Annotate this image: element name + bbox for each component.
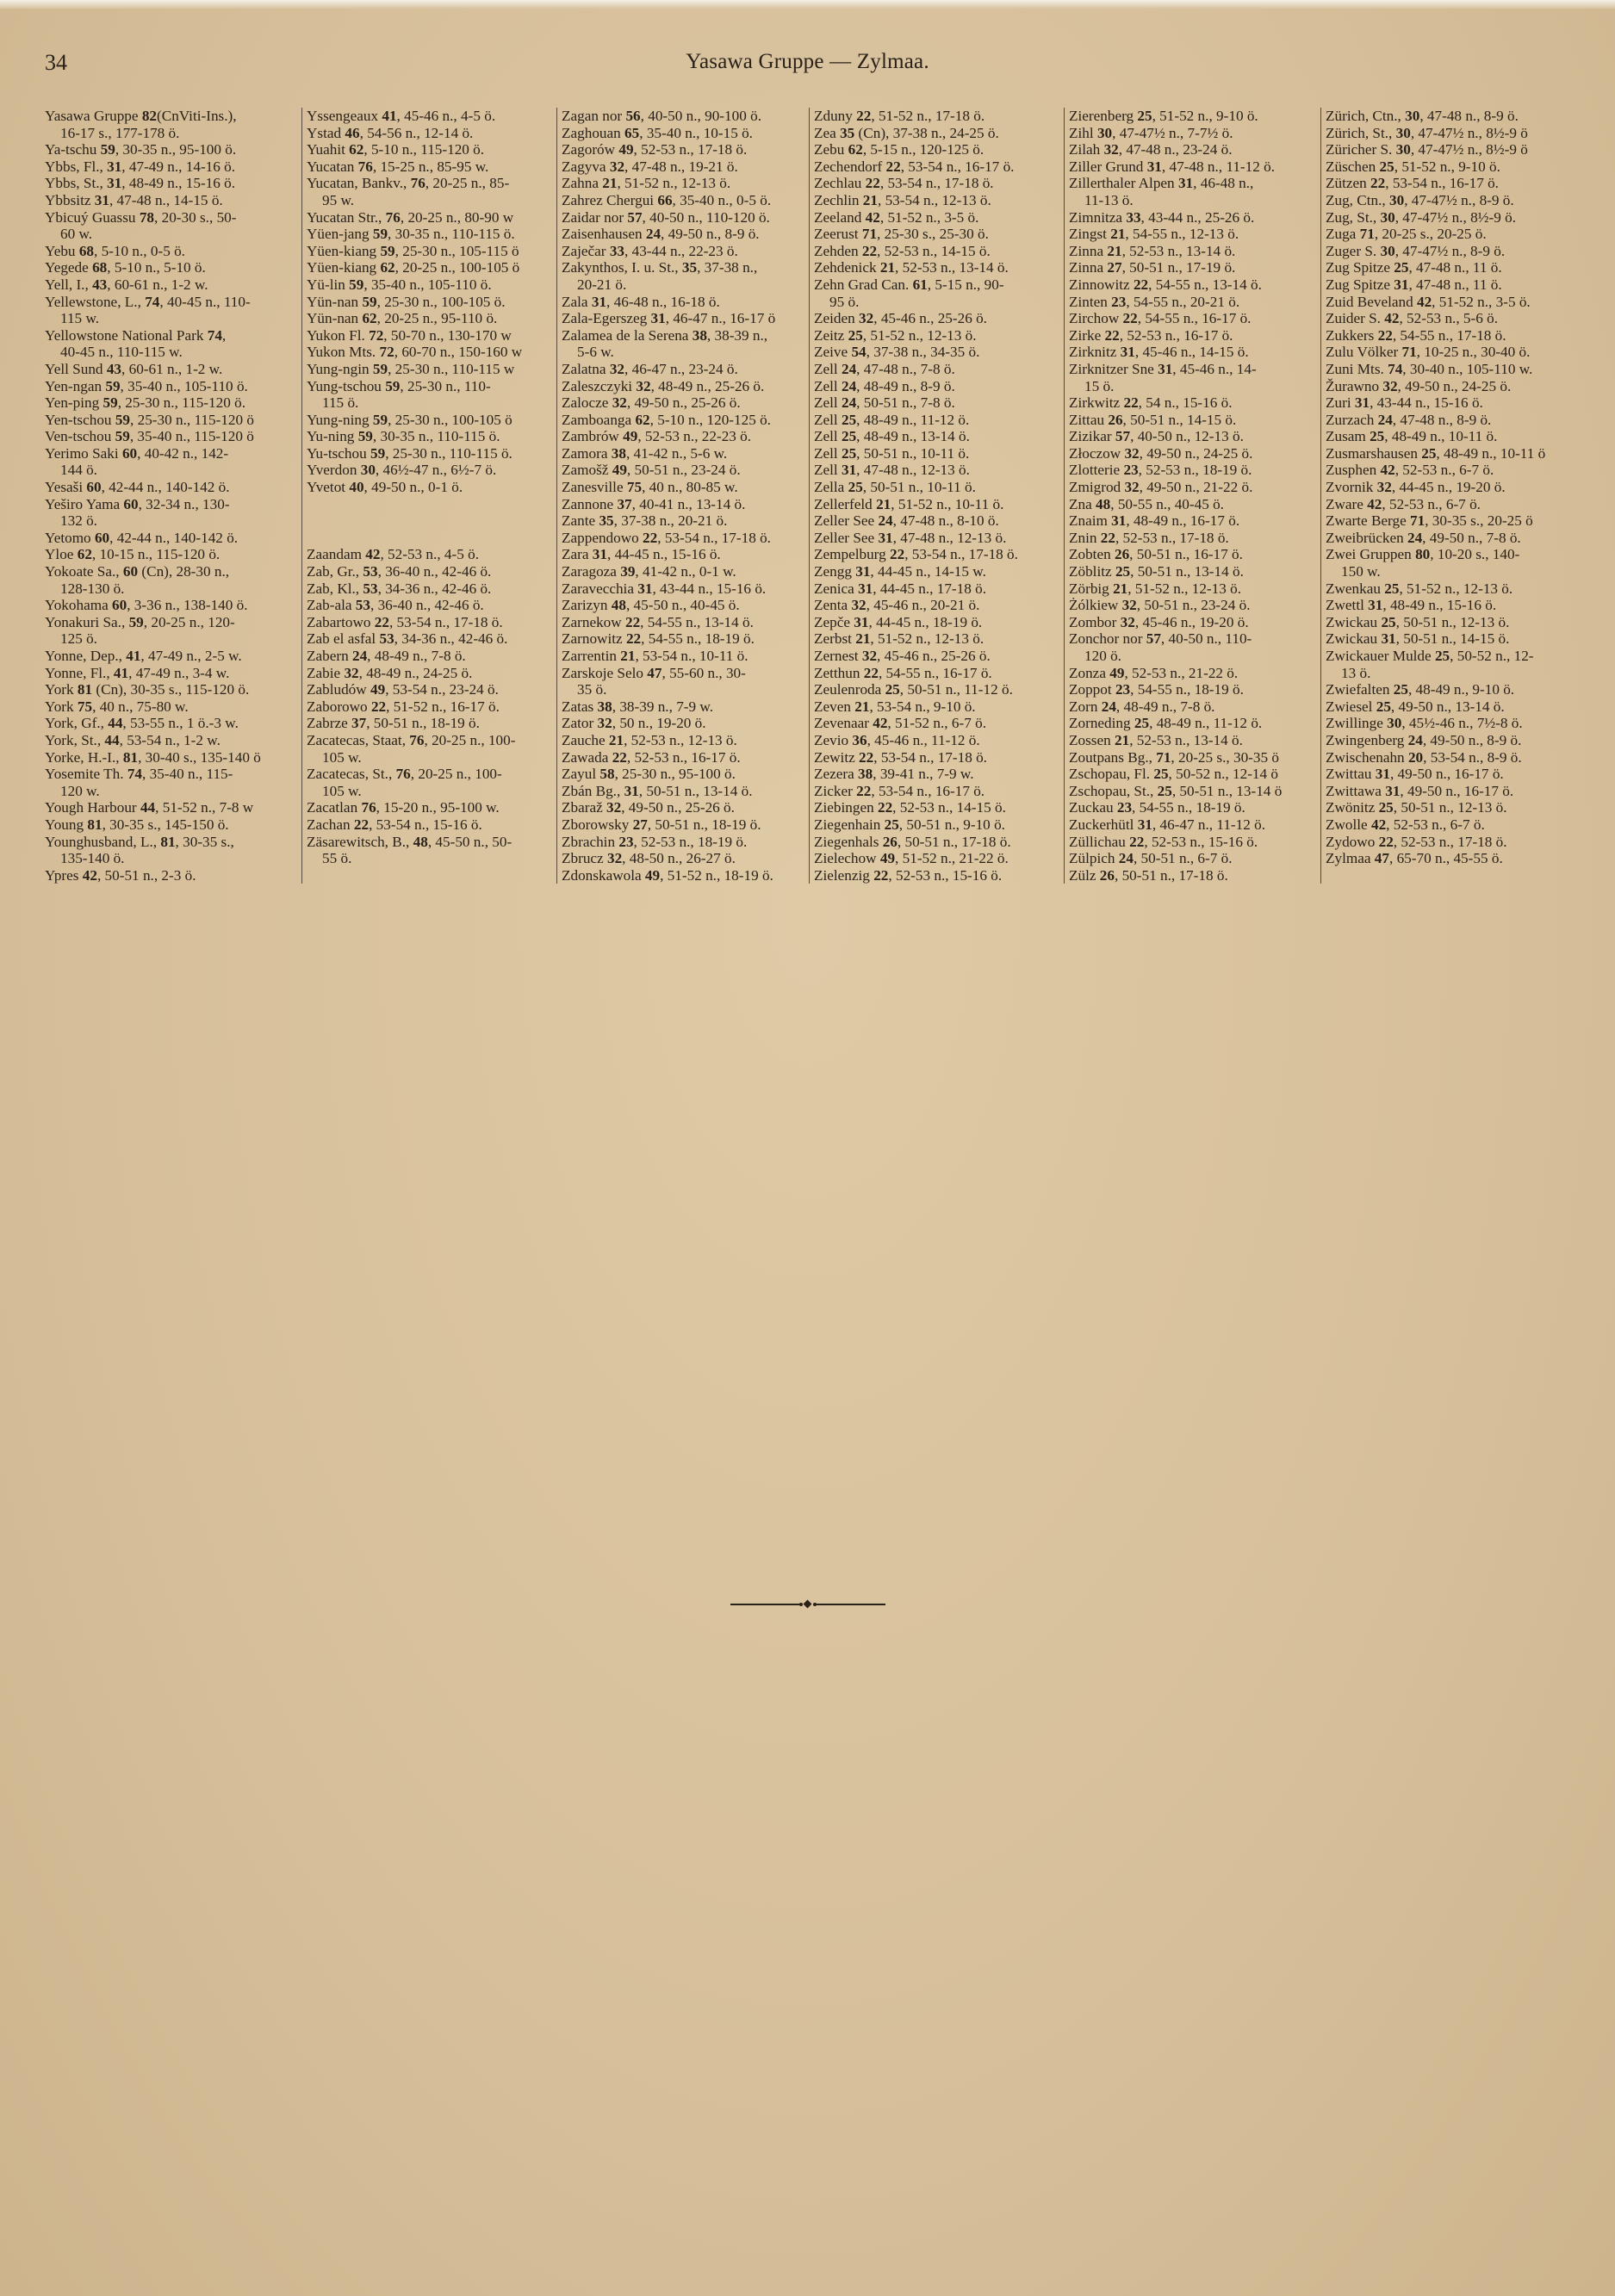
index-entry: Zillerthaler Alpen 31, 46-48 n.,11-13 ö. — [1069, 175, 1317, 208]
place-name: Zombor — [1069, 614, 1121, 630]
map-number: 30 — [1396, 125, 1411, 141]
coordinates: , 52-53 n., 15-16 ö. — [888, 867, 1002, 884]
coordinates: , 37-38 n., 34-35 ö. — [867, 344, 980, 360]
place-name: Zicker — [814, 783, 856, 799]
index-entry: Zambrów 49, 52-53 n., 22-23 ö. — [562, 428, 805, 445]
index-entry: Zoutpans Bg., 71, 20-25 s., 30-35 ö — [1069, 749, 1317, 766]
place-name: Yucatan, Bankv., — [307, 175, 411, 191]
index-entry: Yvetot 40, 49-50 n., 0-1 ö. — [307, 479, 553, 496]
coordinates: , 40 n., 80-85 w. — [642, 479, 738, 495]
map-number: 25 — [848, 327, 863, 344]
coordinates: , 51-52 n., 3-5 ö. — [880, 209, 979, 226]
map-number: 75 — [627, 479, 642, 495]
index-entry: Zvornik 32, 44-45 n., 19-20 ö. — [1326, 479, 1575, 496]
index-entry: Zukkers 22, 54-55 n., 17-18 ö. — [1326, 327, 1575, 344]
place-name: Zamboanga — [562, 412, 635, 428]
map-number: 40 — [349, 479, 363, 495]
index-entry: Zylmaa 47, 65-70 n., 45-55 ö. — [1326, 850, 1575, 867]
map-number: 75 — [78, 698, 92, 715]
index-entry: Ybbsitz 31, 47-48 n., 14-15 ö. — [45, 192, 298, 209]
coordinates: , 25-30 n., 110-115 ö. — [385, 445, 512, 462]
map-number: 30 — [1381, 243, 1395, 259]
index-entry: Zduny 22, 51-52 n., 17-18 ö. — [814, 108, 1060, 125]
coordinates: , 45½-46 n., 7½-8 ö. — [1401, 715, 1522, 731]
map-number: 25 — [1379, 799, 1394, 816]
coordinates-continuation: 135-140 ö. — [45, 850, 298, 867]
index-entry: Zezera 38, 39-41 n., 7-9 w. — [814, 766, 1060, 783]
map-number: 47 — [1375, 850, 1389, 866]
map-number: 25 — [1134, 715, 1149, 731]
coordinates: , 47-48 n., 8-9 ö. — [1419, 108, 1519, 124]
coordinates: , 50-51 n., 10-11 ö. — [856, 445, 969, 462]
index-entry: Zimnitza 33, 43-44 n., 25-26 ö. — [1069, 209, 1317, 226]
coordinates: , 5-15 n., 120-125 ö. — [863, 141, 984, 158]
coordinates: , 42-44 n., 140-142 ö. — [109, 530, 238, 546]
coordinates-continuation: 105 w. — [307, 783, 553, 800]
place-name: Zell — [814, 412, 842, 428]
map-number: 23 — [1115, 681, 1130, 698]
index-entry: Zbrucz 32, 48-50 n., 26-27 ö. — [562, 850, 805, 867]
map-number: 49 — [623, 428, 637, 444]
coordinates: , — [222, 327, 226, 344]
index-entry: Yu-ning 59, 30-35 n., 110-115 ö. — [307, 428, 553, 445]
place-name: Zaisenhausen — [562, 226, 646, 242]
coordinates: , 54-55 n., 12-13 ö. — [1125, 226, 1239, 242]
place-name: Znaim — [1069, 512, 1111, 529]
index-entry: Zirknitzer Sne 31, 45-46 n., 14-15 ö. — [1069, 361, 1317, 394]
index-entry: Zechlau 22, 53-54 n., 17-18 ö. — [814, 175, 1060, 192]
coordinates: (Cn), 30-35 s., 115-120 ö. — [92, 681, 249, 698]
map-number: 59 — [358, 428, 373, 444]
coordinates-continuation: 20-21 ö. — [562, 276, 805, 294]
coordinates: , 52-53 n., 13-14 ö. — [895, 259, 1009, 276]
coordinates: , 30-35 s., 20-25 ö — [1425, 512, 1533, 529]
index-entry: Złoczow 32, 49-50 n., 24-25 ö. — [1069, 445, 1317, 462]
place-name: Zielenzig — [814, 867, 873, 884]
index-entry: Zuger S. 30, 47-47½ n., 8-9 ö. — [1326, 243, 1575, 260]
coordinates: , 50-51 n., 10-11 ö. — [863, 479, 976, 495]
map-number: 22 — [1123, 310, 1138, 326]
map-number: 22 — [625, 614, 640, 630]
place-name: Zschopau, St., — [1069, 783, 1158, 799]
place-name: Yesaši — [45, 479, 86, 495]
index-entry: Zacatecas, St., 76, 20-25 n., 100-105 w. — [307, 766, 553, 799]
place-name: Zbán Bg., — [562, 783, 624, 799]
map-number: 49 — [1109, 665, 1124, 681]
coordinates: , 47-49 n., 2-5 w. — [140, 648, 241, 664]
map-number: 49 — [612, 462, 627, 478]
map-number: 81 — [87, 816, 102, 833]
coordinates: , 53-54 n., 8-9 ö. — [1423, 749, 1522, 766]
index-entry: Younghusband, L., 81, 30-35 s.,135-140 ö… — [45, 834, 298, 867]
map-number: 31 — [95, 192, 109, 208]
index-entry: Zachan 22, 53-54 n., 15-16 ö. — [307, 816, 553, 834]
index-entry: Zewitz 22, 53-54 n., 17-18 ö. — [814, 749, 1060, 766]
map-number: 60 — [95, 530, 109, 546]
index-entry: Zirkwitz 22, 54 n., 15-16 ö. — [1069, 394, 1317, 412]
place-name: Zduny — [814, 108, 856, 124]
place-name: Zorneding — [1069, 715, 1134, 731]
place-name: Yung-tschou — [307, 378, 385, 394]
map-number: 22 — [886, 158, 901, 175]
coordinates: , 50-51 n., 13-14 ö — [1172, 783, 1282, 799]
coordinates: , 52-53 n., 17-18 ö. — [634, 141, 748, 158]
map-number: 32 — [636, 378, 650, 394]
map-number: 31 — [1147, 158, 1162, 175]
index-entry: Zwenkau 25, 51-52 n., 12-13 ö. — [1326, 580, 1575, 598]
place-name: Zwittawa — [1326, 783, 1385, 799]
place-name: Zuid Beveland — [1326, 294, 1417, 310]
place-name: Zambrów — [562, 428, 623, 444]
map-number: 31 — [854, 614, 868, 630]
place-name: Zeven — [814, 698, 854, 715]
coordinates: , 51-52 n., 12-13 ö. — [870, 630, 984, 647]
place-name: Zeulenroda — [814, 681, 885, 698]
map-number: 62 — [848, 141, 863, 158]
place-name: Zinna — [1069, 259, 1107, 276]
place-name: Zacatlan — [307, 799, 361, 816]
map-number: 21 — [854, 698, 869, 715]
place-name: Ybbs, St., — [45, 175, 107, 191]
index-entry: Zengg 31, 44-45 n., 14-15 w. — [814, 563, 1060, 580]
index-entry: Zenica 31, 44-45 n., 17-18 ö. — [814, 580, 1060, 598]
place-name: Yen-ngan — [45, 378, 105, 394]
map-number: 32 — [862, 648, 877, 664]
place-name: Żólkiew — [1069, 597, 1122, 613]
map-number: 41 — [126, 648, 140, 664]
place-name: Yukon Fl. — [307, 327, 369, 344]
coordinates: , 43-44 n., 25-26 ö. — [1141, 209, 1255, 226]
place-name: Yokoate Sa., — [45, 563, 123, 580]
map-number: 74 — [1388, 361, 1402, 377]
map-number: 22 — [375, 614, 389, 630]
map-number: 35 — [840, 125, 854, 141]
index-entry: Zagorów 49, 52-53 n., 17-18 ö. — [562, 141, 805, 158]
coordinates: , 5-10 n., 5-10 ö. — [107, 259, 206, 276]
coordinates: , 47-49 n., 14-16 ö. — [121, 158, 235, 175]
place-name: Zengg — [814, 563, 855, 580]
index-entry: Ziegenhals 26, 50-51 n., 17-18 ö. — [814, 834, 1060, 851]
index-entry: Yüen-kiang 62, 20-25 n., 100-105 ö — [307, 259, 553, 276]
place-name: Zewitz — [814, 749, 859, 766]
place-name: Zeerust — [814, 226, 862, 242]
map-number: 31 — [1394, 276, 1408, 293]
coordinates: , 49-50 n., 16-17 ö. — [1400, 783, 1513, 799]
coordinates: , 35-40 n., 0-5 ö. — [673, 192, 772, 208]
map-number: 59 — [103, 394, 118, 411]
place-name: Zug, St., — [1326, 209, 1381, 226]
place-name: Zwingenberg — [1326, 732, 1408, 748]
index-entry: Zacatlan 76, 15-20 n., 95-100 w. — [307, 799, 553, 816]
coordinates: , 54 n., 15-16 ö. — [1139, 394, 1233, 411]
map-number: 56 — [625, 108, 640, 124]
map-number: 21 — [855, 630, 870, 647]
coordinates-continuation: 115 w. — [45, 310, 298, 327]
map-number: 26 — [1115, 546, 1129, 562]
map-number: 32 — [610, 361, 624, 377]
coordinates-continuation: 60 w. — [45, 226, 298, 243]
coordinates: , 50-51 n., 12-13 ö. — [1394, 799, 1507, 816]
coordinates: , 25-30 n., 100-105 ö. — [377, 294, 506, 310]
map-number: 37 — [617, 496, 631, 512]
map-number: 26 — [1108, 412, 1122, 428]
place-name: Zingst — [1069, 226, 1110, 242]
coordinates: , 48-49 n., 25-26 ö. — [651, 378, 765, 394]
place-name: Zäsarewitsch, B., — [307, 834, 413, 850]
coordinates: , 20-25 n., 85- — [425, 175, 509, 191]
map-number: 31 — [878, 530, 892, 546]
place-name: Zillerthaler Alpen — [1069, 175, 1178, 191]
coordinates-continuation: 115 ö. — [307, 394, 553, 412]
coordinates: (Cn), 28-30 n., — [138, 563, 229, 580]
place-name: Zempelburg — [814, 546, 890, 562]
place-name: Ybicuý Guassu — [45, 209, 140, 226]
map-number: 22 — [856, 783, 871, 799]
map-number: 59 — [370, 445, 385, 462]
coordinates: , 54-55 n., 18-19 ö. — [1132, 799, 1245, 816]
coordinates: , 45-46 n., 20-21 ö. — [867, 597, 980, 613]
map-number: 22 — [1134, 276, 1148, 293]
place-name: Zala-Egerszeg — [562, 310, 651, 326]
place-name: Zell — [814, 428, 842, 444]
coordinates: , 53-54 n., 17-18 ö. — [880, 175, 994, 191]
index-entry: Zanesville 75, 40 n., 80-85 w. — [562, 479, 805, 496]
coordinates: , 15-25 n., 85-95 w. — [373, 158, 488, 175]
place-name: Zeeland — [814, 209, 866, 226]
index-entry: Zschopau, St., 25, 50-51 n., 13-14 ö — [1069, 783, 1317, 800]
place-name: Zobten — [1069, 546, 1115, 562]
coordinates: , 48-49 n., 11-12 ö. — [856, 412, 969, 428]
place-name: Zinten — [1069, 294, 1111, 310]
coordinates: , 25-30 n., 115-120 ö. — [118, 394, 245, 411]
map-number: 31 — [1368, 597, 1382, 613]
place-name: Zehdenick — [814, 259, 880, 276]
column-spacer — [307, 512, 553, 530]
index-entry: Ybbs, Fl., 31, 47-49 n., 14-16 ö. — [45, 158, 298, 176]
map-number: 32 — [1377, 479, 1392, 495]
map-number: 32 — [1122, 597, 1137, 613]
coordinates: , 53-54 n., 17-18 ö. — [904, 546, 1018, 562]
place-name: Zell — [814, 445, 842, 462]
place-name: Zezera — [814, 766, 858, 782]
place-name: Ven-tschou — [45, 428, 115, 444]
place-name: Yung-ngin — [307, 361, 373, 377]
index-entry: Zell 25, 48-49 n., 11-12 ö. — [814, 412, 1060, 429]
place-name: Zell — [814, 394, 842, 411]
index-entry: Zuckau 23, 54-55 n., 18-19 ö. — [1069, 799, 1317, 816]
index-entry: Zirchow 22, 54-55 n., 16-17 ö. — [1069, 310, 1317, 327]
index-entry: Zell 24, 47-48 n., 7-8 ö. — [814, 361, 1060, 378]
map-number: 48 — [1096, 496, 1110, 512]
index-entry: Zeiden 32, 45-46 n., 25-26 ö. — [814, 310, 1060, 327]
index-entry: Yetomo 60, 42-44 n., 140-142 ö. — [45, 530, 298, 547]
coordinates: , 25-30 n., 95-100 ö. — [615, 766, 736, 782]
coordinates: , 50-51 n., 14-15 ö. — [1396, 630, 1510, 647]
place-name: Zborowsky — [562, 816, 633, 833]
coordinates: , 43-44 n., 15-16 ö. — [652, 580, 766, 597]
index-entry: Young 81, 30-35 s., 145-150 ö. — [45, 816, 298, 834]
map-number: 21 — [880, 259, 895, 276]
coordinates: , 52-53 n., 13-14 ö. — [1122, 243, 1236, 259]
map-number: 23 — [1111, 294, 1126, 310]
map-number: 42 — [1367, 496, 1382, 512]
place-name: Zannone — [562, 496, 617, 512]
map-number: 57 — [1146, 630, 1161, 647]
index-entry: Zborowsky 27, 50-51 n., 18-19 ö. — [562, 816, 805, 834]
index-entry: Zwittau 31, 49-50 n., 16-17 ö. — [1326, 766, 1575, 783]
coordinates: , 35-40 n., 105-110 ö. — [121, 378, 248, 394]
coordinates: , 51-52 n., 10-11 ö. — [891, 496, 1003, 512]
place-name: Zellerfeld — [814, 496, 876, 512]
index-entry: Zdonskawola 49, 51-52 n., 18-19 ö. — [562, 867, 805, 884]
index-entry: Zab, Gr., 53, 36-40 n., 42-46 ö. — [307, 563, 553, 580]
index-entry: Zna 48, 50-55 n., 40-45 ö. — [1069, 496, 1317, 513]
coordinates: , 45-46 n., 4-5 ö. — [397, 108, 496, 124]
index-entry: Zorneding 25, 48-49 n., 11-12 ö. — [1069, 715, 1317, 732]
place-name: Zwiesel — [1326, 698, 1376, 715]
index-entry: Zamboanga 62, 5-10 n., 120-125 ö. — [562, 412, 805, 429]
map-number: 31 — [1355, 394, 1370, 411]
place-name: Zusmarshausen — [1326, 445, 1421, 462]
index-entry: Zydowo 22, 52-53 n., 17-18 ö. — [1326, 834, 1575, 851]
coordinates-continuation: 128-130 ö. — [45, 580, 298, 598]
coordinates: , 49-50 n., 8-9 ö. — [1423, 732, 1522, 748]
place-name: Züricher S. — [1326, 141, 1396, 158]
index-entry: Yloe 62, 10-15 n., 115-120 ö. — [45, 546, 298, 563]
place-name: Zator — [562, 715, 598, 731]
coordinates: , 50-51 n., 2-3 ö. — [97, 867, 196, 884]
place-name: Yssengeaux — [307, 108, 382, 124]
map-number: 33 — [610, 243, 624, 259]
index-entry: Zlotterie 23, 52-53 n., 18-19 ö. — [1069, 462, 1317, 479]
place-name: Zante — [562, 512, 599, 529]
map-number: 31 — [1111, 512, 1126, 529]
index-entry: Ybicuý Guassu 78, 20-30 s., 50-60 w. — [45, 209, 298, 243]
coordinates: , 50-70 n., 130-170 w — [383, 327, 511, 344]
index-entry: Zaravecchia 31, 43-44 n., 15-16 ö. — [562, 580, 805, 598]
place-name: Züschen — [1326, 158, 1380, 175]
index-entry: Zabern 24, 48-49 n., 7-8 ö. — [307, 648, 553, 665]
coordinates: , 20-25 n., 95-110 ö. — [377, 310, 498, 326]
place-name: Yellowstone National Park — [45, 327, 208, 344]
coordinates: , 50-51 n., 7-8 ö. — [856, 394, 955, 411]
index-entry: Zaisenhausen 24, 49-50 n., 8-9 ö. — [562, 226, 805, 243]
map-number: 21 — [863, 192, 878, 208]
coordinates: , 49-50 n., 13-14 ö. — [1391, 698, 1505, 715]
index-entry: Zöblitz 25, 50-51 n., 13-14 ö. — [1069, 563, 1317, 580]
place-name: Yüen-kiang — [307, 259, 380, 276]
place-name: Yukon Mts. — [307, 344, 380, 360]
place-name: Yeširo Yama — [45, 496, 123, 512]
coordinates: , 48-49 n., 15-16 ö. — [1382, 597, 1496, 613]
map-number: 24 — [1407, 530, 1422, 546]
place-name: Zab el asfal — [307, 630, 379, 647]
coordinates: , 52-53 n., 6-7 ö. — [1386, 816, 1485, 833]
map-number: 25 — [842, 412, 856, 428]
map-number: 42 — [365, 546, 380, 562]
place-name: Žurawno — [1326, 378, 1382, 394]
index-entry: Ven-tschou 59, 35-40 n., 115-120 ö — [45, 428, 298, 445]
map-number: 31 — [842, 462, 856, 478]
coordinates: , 46-47 n., 23-24 ö. — [624, 361, 738, 377]
map-number: 38 — [612, 445, 626, 462]
map-number: 24 — [1378, 412, 1393, 428]
coordinates: , 53-54 n., 17-18 ö. — [389, 614, 503, 630]
place-name: Zamošž — [562, 462, 612, 478]
coordinates: , 52-53 n., 22-23 ö. — [637, 428, 751, 444]
coordinates: , 54-55 n., 13-14 ö. — [640, 614, 754, 630]
map-number: 59 — [373, 226, 388, 242]
place-name: Yen-tschou — [45, 412, 115, 428]
map-number: 38 — [693, 327, 707, 344]
index-entry: Zulu Völker 71, 10-25 n., 30-40 ö. — [1326, 344, 1575, 361]
map-number: 43 — [92, 276, 107, 293]
place-name: Zierenberg — [1069, 108, 1137, 124]
index-entry: Zevenaar 42, 51-52 n., 6-7 ö. — [814, 715, 1060, 732]
coordinates: , 5-10 n., 115-120 ö. — [363, 141, 484, 158]
place-name: Zetthun — [814, 665, 864, 681]
place-name: Yasawa Gruppe — [45, 108, 142, 124]
place-name: Zauche — [562, 732, 609, 748]
coordinates: , 53-54 n., 15-16 ö. — [369, 816, 482, 833]
map-number: 42 — [1384, 310, 1399, 326]
index-entry: Yesaši 60, 42-44 n., 140-142 ö. — [45, 479, 298, 496]
place-name: Zna — [1069, 496, 1096, 512]
coordinates: , 51-52 n., 9-10 ö. — [1394, 158, 1500, 175]
coordinates: , 45-50 n., 40-45 ö. — [626, 597, 740, 613]
coordinates: , 46-47 n., 11-12 ö. — [1152, 816, 1265, 833]
index-entry: Zarnowitz 22, 54-55 n., 18-19 ö. — [562, 630, 805, 648]
place-name: Zarizyn — [562, 597, 612, 613]
coordinates: , 47-49 n., 3-4 w. — [128, 665, 229, 681]
map-number: 30 — [361, 462, 376, 478]
place-name: Zacatecas, St., — [307, 766, 396, 782]
index-entry: Zell 31, 47-48 n., 12-13 ö. — [814, 462, 1060, 479]
index-entry: Zwei Gruppen 80, 10-20 s., 140-150 w. — [1326, 546, 1575, 580]
map-number: 24 — [842, 378, 856, 394]
place-name: Zella — [814, 479, 848, 495]
map-number: 81 — [160, 834, 175, 850]
place-name: Zuri — [1326, 394, 1355, 411]
index-entry: Züschen 25, 51-52 n., 9-10 ö. — [1326, 158, 1575, 176]
map-number: 24 — [1102, 698, 1116, 715]
coordinates: , 37-38 n., 20-21 ö. — [614, 512, 728, 529]
coordinates: , 35-40 n., 105-110 ö. — [363, 276, 491, 293]
page-top-edge — [0, 0, 1615, 9]
coordinates-continuation: 35 ö. — [562, 681, 805, 698]
coordinates: , 49-50 n., 24-25 ö. — [1140, 445, 1253, 462]
index-entry: Zbaraž 32, 49-50 n., 25-26 ö. — [562, 799, 805, 816]
place-name: Yucatan — [307, 158, 358, 175]
coordinates: , 30-35 s., — [176, 834, 234, 850]
place-name: Zwickau — [1326, 614, 1381, 630]
place-name: Zell — [814, 462, 842, 478]
coordinates: , 50-51 n., 18-19 ö. — [648, 816, 761, 833]
coordinates: , 47-47½ n., 7-7½ ö. — [1112, 125, 1233, 141]
place-name: Zware — [1326, 496, 1367, 512]
place-name: Yough Harbour — [45, 799, 140, 816]
place-name: Zwischenahn — [1326, 749, 1408, 766]
place-name: Zalamea de la Serena — [562, 327, 693, 344]
place-name: Zabern — [307, 648, 352, 664]
place-name: Zea — [814, 125, 840, 141]
coordinates: , 54-55 n., 13-14 ö. — [1148, 276, 1262, 293]
place-name: Yucatan Str., — [307, 209, 386, 226]
coordinates: , 38-39 n., — [707, 327, 767, 344]
index-entry: Zellerfeld 21, 51-52 n., 10-11 ö. — [814, 496, 1060, 513]
index-entry: Zörbig 21, 51-52 n., 12-13 ö. — [1069, 580, 1317, 598]
coordinates: , 50-51 n., 17-19 ö. — [1122, 259, 1236, 276]
